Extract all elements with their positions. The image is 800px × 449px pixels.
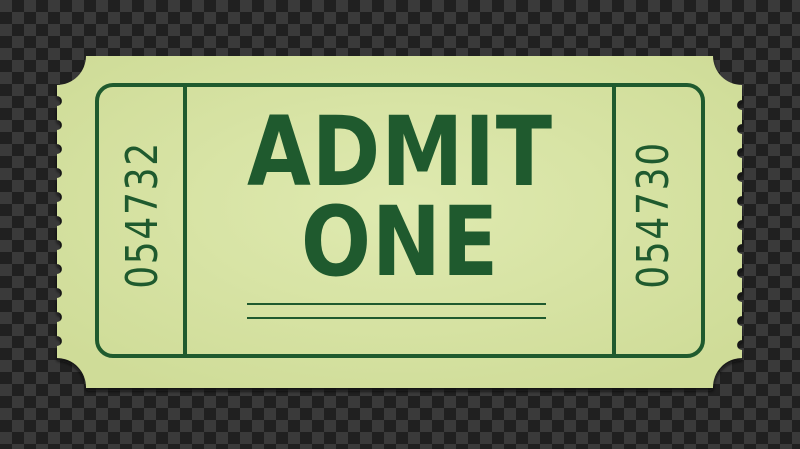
- admit-one-ticket: ADMIT ONE 054732 054730: [0, 0, 800, 449]
- serial-number-left: 054732: [121, 141, 165, 289]
- serial-number-right: 054730: [632, 141, 676, 289]
- title-one: ONE: [228, 194, 572, 290]
